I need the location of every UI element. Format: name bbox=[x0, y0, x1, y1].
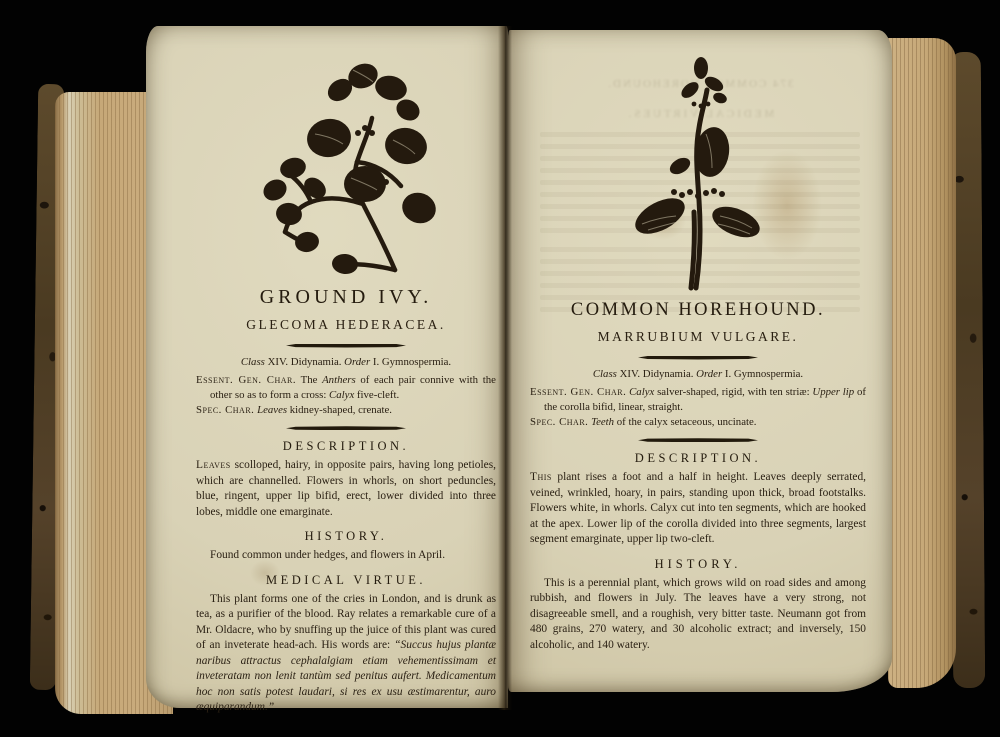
order-label: Order bbox=[344, 356, 370, 368]
history-paragraph: This is a perennial plant, which grows w… bbox=[530, 576, 866, 654]
order-value: I. Gymnospermia. bbox=[722, 368, 803, 380]
lead-word: Leaves bbox=[196, 459, 231, 471]
left-page-content: GROUND IVY. GLECOMA HEDERACEA. Class XIV… bbox=[196, 36, 496, 716]
left-plant-title: GROUND IVY. bbox=[196, 284, 496, 311]
description-paragraph: Leaves scolloped, hairy, in opposite pai… bbox=[196, 458, 496, 520]
essent-gen-char-line: Essent. Gen. Char. The Anthers of each p… bbox=[196, 373, 496, 402]
book-photograph: 374 COMMON HOREHOUND. MEDICAL VIRTUES. bbox=[0, 0, 1000, 737]
divider-rule bbox=[286, 426, 406, 430]
divider-rule bbox=[286, 344, 406, 348]
horehound-illustration bbox=[608, 40, 788, 292]
page-edges-right bbox=[888, 38, 956, 688]
essent-gen-char-line: Essent. Gen. Char. Calyx salver-shaped, … bbox=[530, 385, 866, 414]
spec-char-line: Spec. Char. Teeth of the calyx setaceous… bbox=[530, 415, 866, 430]
history-heading: HISTORY. bbox=[196, 528, 496, 545]
class-value: XIV. Didynamia. bbox=[617, 368, 696, 380]
right-characters: Essent. Gen. Char. Calyx salver-shaped, … bbox=[530, 385, 866, 429]
essent-gen-char-label: Essent. Gen. Char. bbox=[530, 386, 626, 398]
history-heading: HISTORY. bbox=[530, 556, 866, 573]
right-plant-latin-name: MARRUBIUM VULGARE. bbox=[530, 328, 866, 346]
history-paragraph: Found common under hedges, and flowers i… bbox=[196, 548, 496, 564]
description-heading: DESCRIPTION. bbox=[530, 450, 866, 467]
left-characters: Essent. Gen. Char. The Anthers of each p… bbox=[196, 373, 496, 417]
class-label: Class bbox=[593, 368, 617, 380]
divider-rule bbox=[638, 438, 758, 442]
spec-char-label: Spec. Char. bbox=[530, 416, 588, 428]
class-value: XIV. Didynamia. bbox=[265, 356, 344, 368]
divider-rule bbox=[638, 356, 758, 360]
lead-word: This bbox=[530, 471, 552, 483]
book-gutter bbox=[498, 26, 512, 710]
description-heading: DESCRIPTION. bbox=[196, 438, 496, 455]
left-classification: Class XIV. Didynamia. Order I. Gymnosper… bbox=[196, 355, 496, 370]
essent-gen-char-label: Essent. Gen. Char. bbox=[196, 374, 296, 386]
spec-char-line: Spec. Char. Leaves kidney-shaped, crenat… bbox=[196, 403, 496, 418]
medical-virtue-heading: MEDICAL VIRTUE. bbox=[196, 572, 496, 589]
left-plant-latin-name: GLECOMA HEDERACEA. bbox=[196, 316, 496, 334]
spec-char-label: Spec. Char. bbox=[196, 404, 254, 416]
order-label: Order bbox=[696, 368, 722, 380]
right-classification: Class XIV. Didynamia. Order I. Gymnosper… bbox=[530, 367, 866, 382]
right-plant-title: COMMON HOREHOUND. bbox=[530, 298, 866, 323]
right-page-content: COMMON HOREHOUND. MARRUBIUM VULGARE. Cla… bbox=[530, 40, 866, 653]
medical-virtue-paragraph: This plant forms one of the cries in Lon… bbox=[196, 592, 496, 716]
class-label: Class bbox=[241, 356, 265, 368]
ground-ivy-illustration bbox=[243, 36, 449, 278]
order-value: I. Gymnospermia. bbox=[370, 356, 451, 368]
description-paragraph: This plant rises a foot and a half in he… bbox=[530, 470, 866, 548]
